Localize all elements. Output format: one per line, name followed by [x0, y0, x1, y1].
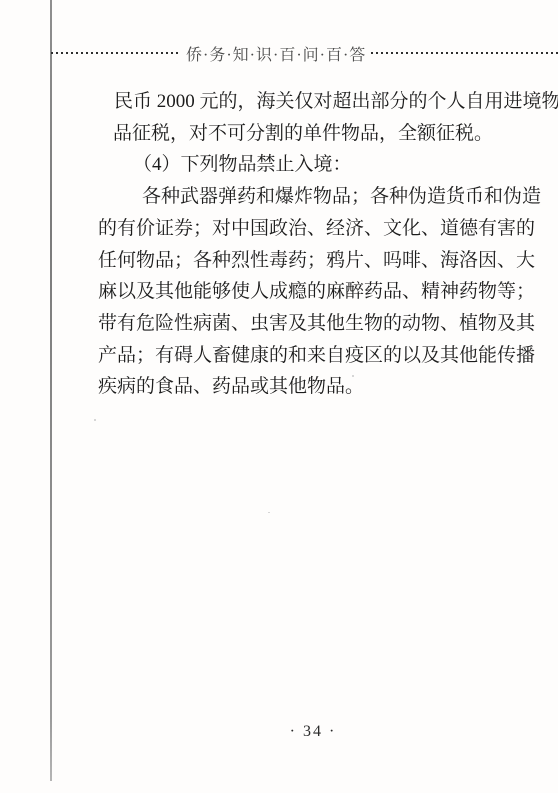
text-line: （4）下列物品禁止入境：: [0, 149, 558, 181]
text-line: 带有危险性病菌、虫害及其他生物的动物、植物及其: [0, 308, 558, 340]
scanned-book-page: 侨·务·知·识·百·问·百·答 民币 2000 元的，海关仅对超出部分的个人自用…: [0, 0, 558, 793]
text-line: 的有价证券；对中国政治、经济、文化、道德有害的: [0, 213, 558, 245]
page-number: · 34 ·: [290, 723, 337, 741]
header-dotted-rule-right: [371, 52, 558, 54]
scan-speck: [268, 512, 270, 513]
text-line: 各种武器弹药和爆炸物品；各种伪造货币和伪造: [0, 181, 558, 213]
header-dotted-rule-left: [51, 52, 181, 54]
text-line: 麻以及其他能够使人成瘾的麻醉药品、精神药物等；: [0, 276, 558, 308]
body-text-block: 民币 2000 元的，海关仅对超出部分的个人自用进境物 品征税，对不可分割的单件…: [0, 86, 558, 403]
text-line: 疾病的食品、药品或其他物品。: [0, 371, 558, 403]
running-header: 侨·务·知·识·百·问·百·答: [51, 42, 558, 64]
scan-speck: [94, 419, 96, 421]
scan-speck: [352, 375, 354, 377]
text-line: 任何物品；各种烈性毒药；鸦片、吗啡、海洛因、大: [0, 245, 558, 277]
text-line: 民币 2000 元的，海关仅对超出部分的个人自用进境物: [0, 86, 558, 118]
running-header-title: 侨·务·知·识·百·问·百·答: [181, 42, 371, 65]
text-line: 产品；有碍人畜健康的和来自疫区的以及其他能传播: [0, 340, 558, 372]
text-line: 品征税，对不可分割的单件物品，全额征税。: [0, 118, 558, 150]
